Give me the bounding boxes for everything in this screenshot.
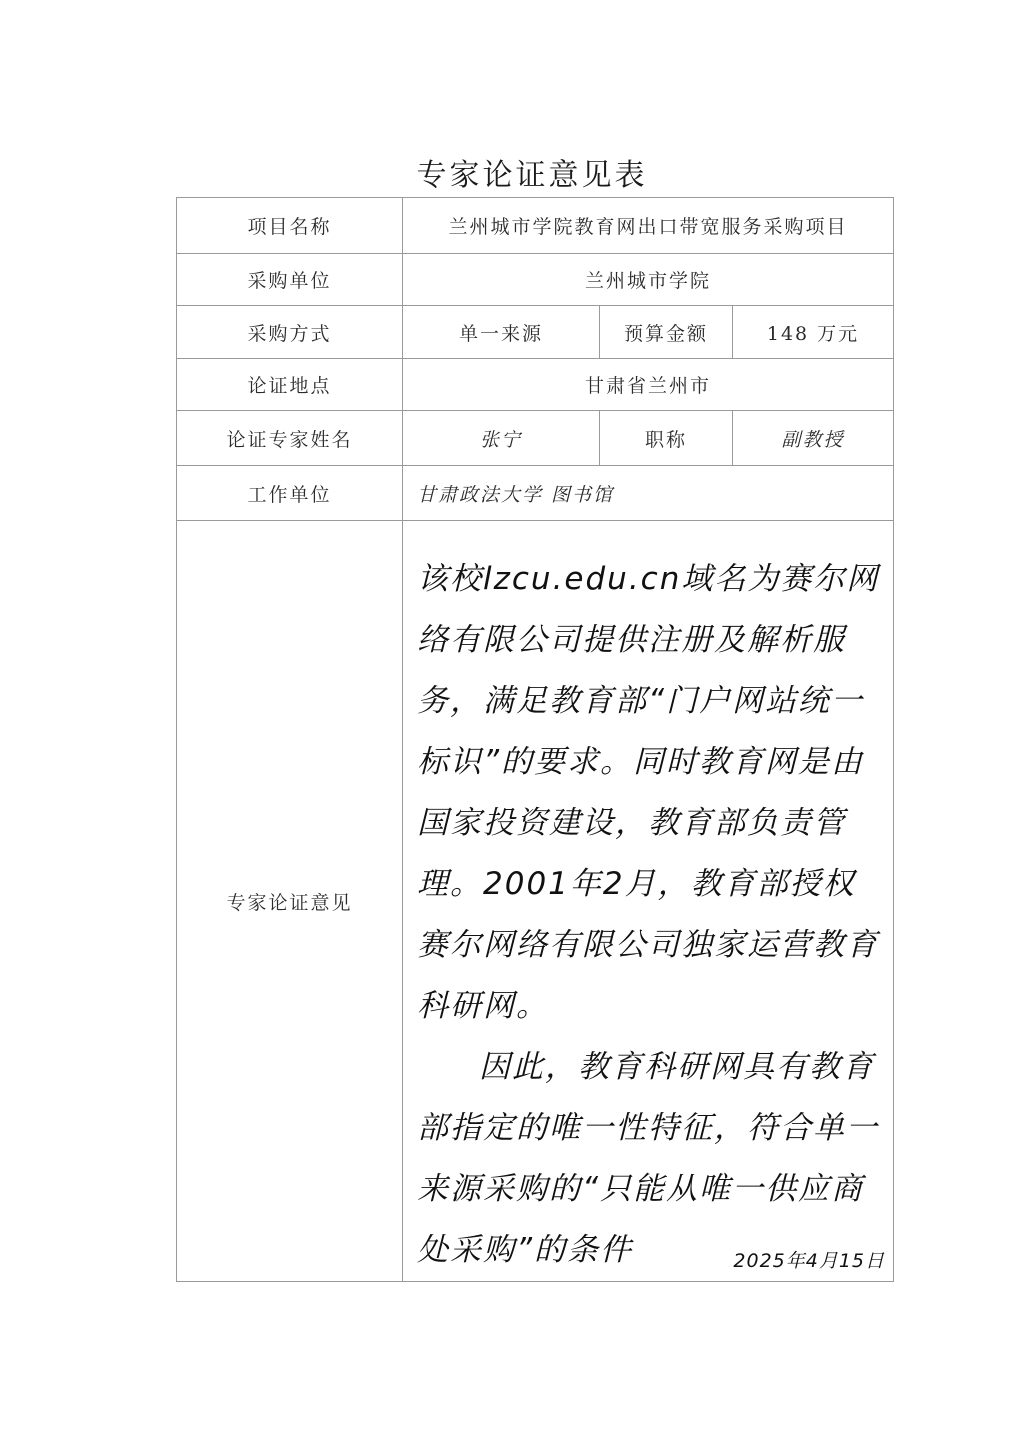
purchaser-label: 采购单位 — [177, 254, 403, 306]
expert-opinion-form: 项目名称 兰州城市学院教育网出口带宽服务采购项目 采购单位 兰州城市学院 采购方… — [176, 197, 894, 1282]
opinion-paragraph-2: 因此，教育科研网具有教育部指定的唯一性特征，符合单一来源采购的“只能从唯一供应商… — [417, 1037, 881, 1281]
workplace-label: 工作单位 — [177, 466, 403, 521]
expert-name-signature: 张宁 — [403, 411, 600, 466]
row-purchaser: 采购单位 兰州城市学院 — [177, 254, 894, 306]
row-method: 采购方式 单一来源 预算金额 148 万元 — [177, 306, 894, 359]
row-project-name: 项目名称 兰州城市学院教育网出口带宽服务采购项目 — [177, 198, 894, 254]
expert-title-value: 副教授 — [733, 411, 894, 466]
opinion-paragraph-1: 该校lzcu.edu.cn域名为赛尔网络有限公司提供注册及解析服务，满足教育部“… — [417, 549, 881, 1037]
expert-title-label: 职称 — [600, 411, 733, 466]
budget-label: 预算金额 — [600, 306, 733, 359]
opinion-label: 专家论证意见 — [177, 521, 403, 1282]
location-value: 甘肃省兰州市 — [403, 359, 894, 411]
purchaser-value: 兰州城市学院 — [403, 254, 894, 306]
method-label: 采购方式 — [177, 306, 403, 359]
project-name-value: 兰州城市学院教育网出口带宽服务采购项目 — [403, 198, 894, 254]
budget-value: 148 万元 — [733, 306, 894, 359]
row-expert: 论证专家姓名 张宁 职称 副教授 — [177, 411, 894, 466]
project-name-label: 项目名称 — [177, 198, 403, 254]
page-title: 专家论证意见表 — [0, 150, 1024, 194]
location-label: 论证地点 — [177, 359, 403, 411]
workplace-value: 甘肃政法大学 图书馆 — [403, 466, 894, 521]
method-value: 单一来源 — [403, 306, 600, 359]
opinion-handwritten-text: 该校lzcu.edu.cn域名为赛尔网络有限公司提供注册及解析服务，满足教育部“… — [403, 521, 893, 1281]
opinion-cell: 该校lzcu.edu.cn域名为赛尔网络有限公司提供注册及解析服务，满足教育部“… — [403, 521, 894, 1282]
row-workplace: 工作单位 甘肃政法大学 图书馆 — [177, 466, 894, 521]
row-opinion: 专家论证意见 该校lzcu.edu.cn域名为赛尔网络有限公司提供注册及解析服务… — [177, 521, 894, 1282]
row-location: 论证地点 甘肃省兰州市 — [177, 359, 894, 411]
opinion-date: 2025年4月15日 — [733, 1246, 885, 1273]
expert-name-label: 论证专家姓名 — [177, 411, 403, 466]
